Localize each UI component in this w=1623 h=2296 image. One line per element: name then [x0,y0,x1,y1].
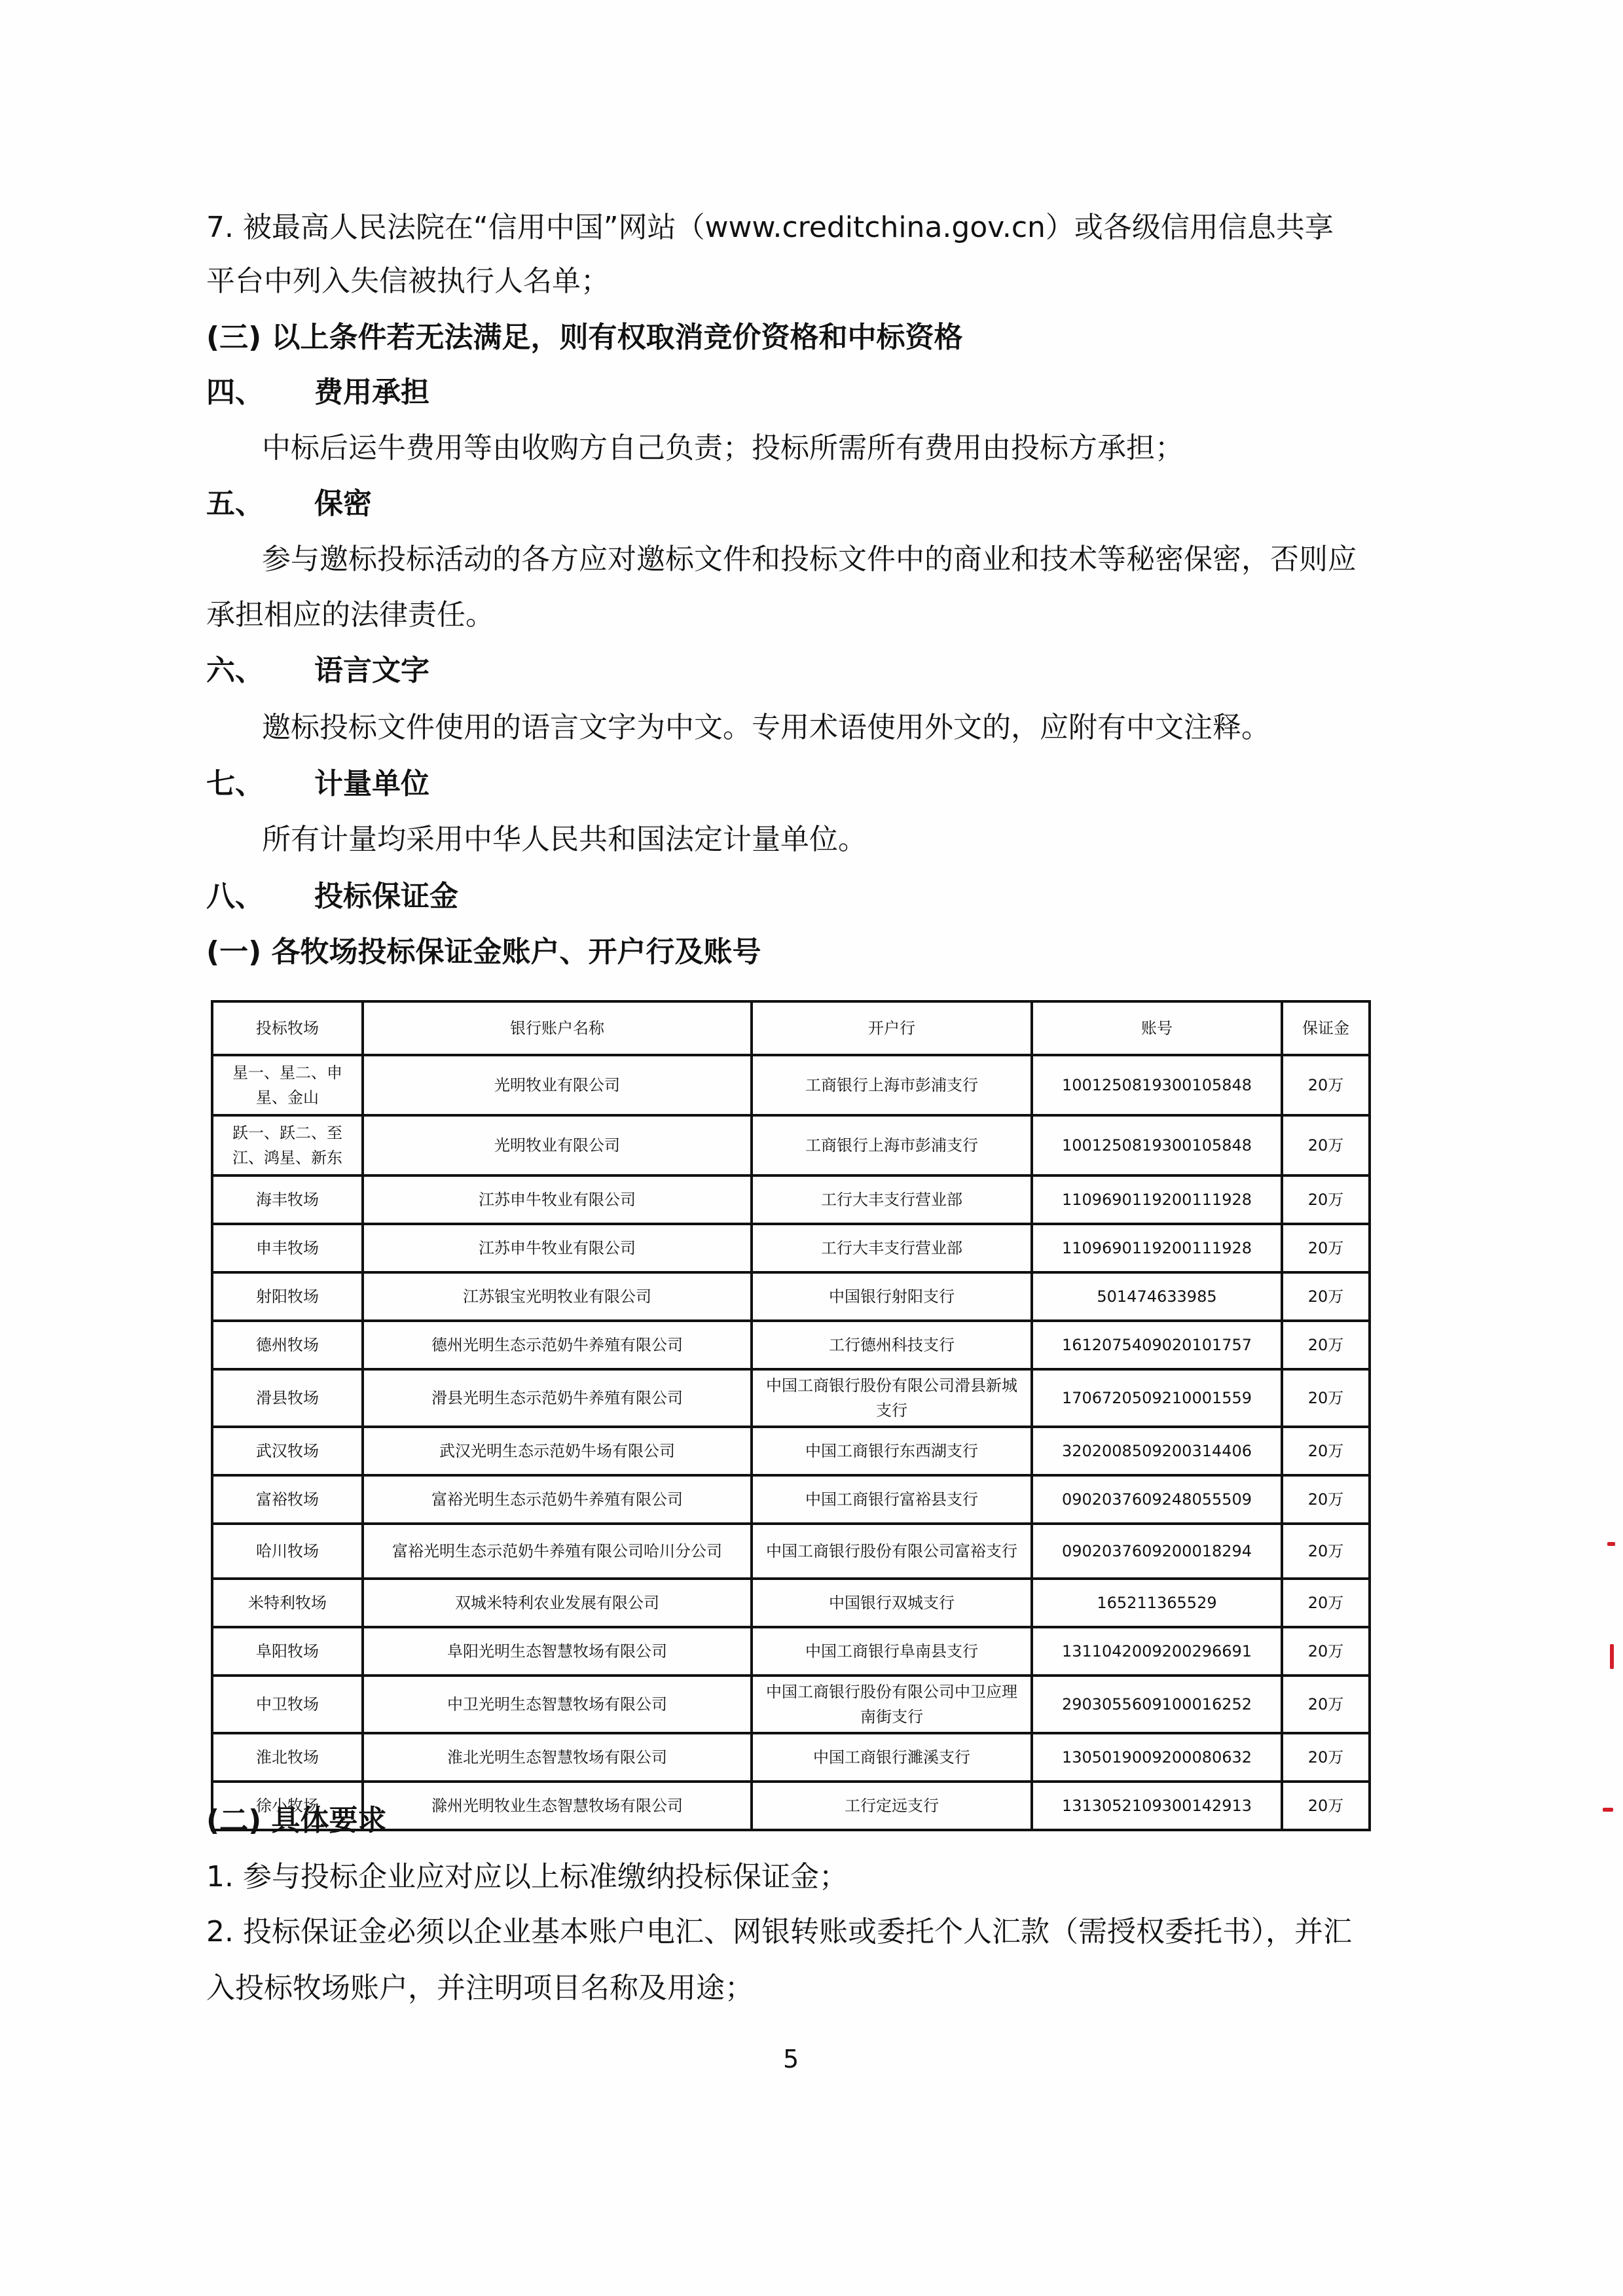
cell-farm: 星一、星二、申星、金山 [212,1055,363,1115]
cell-account-number: 3202008509200314406 [1032,1427,1282,1475]
cell-bank: 中国工商银行股份有限公司滑县新城支行 [752,1369,1032,1427]
requirements-heading: (二) 具体要求 [206,1801,387,1840]
cell-farm: 申丰牧场 [212,1224,363,1272]
section-title: 费用承担 [314,376,429,409]
section-5-body-line2: 承担相应的法律责任。 [206,596,494,635]
cell-account-name: 滁州光明牧业生态智慧牧场有限公司 [363,1782,752,1830]
cell-bank: 中国工商银行股份有限公司中卫应理南街支行 [752,1676,1032,1733]
cell-account-number: 1109690119200111928 [1032,1175,1282,1224]
section-5-body-line1: 参与邀标投标活动的各方应对邀标文件和投标文件中的商业和技术等秘密保密，否则应 [262,540,1357,579]
cell-account-number: 0902037609248055509 [1032,1475,1282,1524]
cell-account-number: 1305019009200080632 [1032,1733,1282,1782]
section-title: 保密 [314,487,372,520]
deposit-subheading: (一) 各牧场投标保证金账户、开户行及账号 [206,933,761,972]
cell-account-name: 富裕光明生态示范奶牛养殖有限公司哈川分公司 [363,1524,752,1579]
cell-farm: 富裕牧场 [212,1475,363,1524]
requirement-2-line1: 2. 投标保证金必须以企业基本账户电汇、网银转账或委托个人汇款（需授权委托书），… [206,1912,1352,1952]
section-heading-4: 四、费用承担 [206,373,429,412]
cell-deposit: 20万 [1282,1524,1370,1579]
cell-farm: 中卫牧场 [212,1676,363,1733]
cell-account-name: 双城米特利农业发展有限公司 [363,1579,752,1627]
cell-account-name: 光明牧业有限公司 [363,1115,752,1175]
cell-deposit: 20万 [1282,1627,1370,1676]
cell-deposit: 20万 [1282,1579,1370,1627]
section-heading-6: 六、语言文字 [206,651,429,691]
cell-account-number: 1311042009200296691 [1032,1627,1282,1676]
section-title: 语言文字 [314,654,429,687]
table-row: 哈川牧场富裕光明生态示范奶牛养殖有限公司哈川分公司中国工商银行股份有限公司富裕支… [212,1524,1370,1579]
cell-bank: 中国银行射阳支行 [752,1272,1032,1321]
seal-fragment-mark [1610,1644,1614,1669]
paragraph-item7-line2: 平台中列入失信被执行人名单； [206,262,610,301]
table-row: 德州牧场德州光明生态示范奶牛养殖有限公司工行德州科技支行161207540902… [212,1321,1370,1369]
header-bank: 开户行 [752,1001,1032,1055]
cell-deposit: 20万 [1282,1175,1370,1224]
deposit-accounts-table: 投标牧场 银行账户名称 开户行 账号 保证金 星一、星二、申星、金山光明牧业有限… [211,1000,1371,1831]
cell-bank: 中国银行双城支行 [752,1579,1032,1627]
cell-bank: 工行德州科技支行 [752,1321,1032,1369]
cell-account-number: 1313052109300142913 [1032,1782,1282,1830]
section-7-body: 所有计量均采用中华人民共和国法定计量单位。 [262,820,867,859]
cell-bank: 中国工商银行濉溪支行 [752,1733,1032,1782]
section-number: 四、 [206,373,314,412]
cell-deposit: 20万 [1282,1475,1370,1524]
document-page: 7. 被最高人民法院在“信用中国”网站（www.creditchina.gov.… [0,0,1623,2296]
cell-farm: 武汉牧场 [212,1427,363,1475]
cell-deposit: 20万 [1282,1055,1370,1115]
table-row: 富裕牧场富裕光明生态示范奶牛养殖有限公司中国工商银行富裕县支行090203760… [212,1475,1370,1524]
table-row: 跃一、跃二、至江、鸿星、新东光明牧业有限公司工商银行上海市彭浦支行1001250… [212,1115,1370,1175]
cell-account-name: 江苏银宝光明牧业有限公司 [363,1272,752,1321]
section-4-body: 中标后运牛费用等由收购方自己负责；投标所需所有费用由投标方承担； [262,429,1184,468]
cell-deposit: 20万 [1282,1782,1370,1830]
cell-account-number: 2903055609100016252 [1032,1676,1282,1733]
cell-bank: 中国工商银行阜南县支行 [752,1627,1032,1676]
table-row: 射阳牧场江苏银宝光明牧业有限公司中国银行射阳支行50147463398520万 [212,1272,1370,1321]
cell-account-number: 501474633985 [1032,1272,1282,1321]
table-row: 淮北牧场淮北光明生态智慧牧场有限公司中国工商银行濉溪支行130501900920… [212,1733,1370,1782]
cell-farm: 阜阳牧场 [212,1627,363,1676]
cell-deposit: 20万 [1282,1369,1370,1427]
seal-fragment-mark [1607,1542,1615,1546]
cell-farm: 海丰牧场 [212,1175,363,1224]
cell-deposit: 20万 [1282,1676,1370,1733]
cell-bank: 中国工商银行股份有限公司富裕支行 [752,1524,1032,1579]
table-header-row: 投标牧场 银行账户名称 开户行 账号 保证金 [212,1001,1370,1055]
subheading-condition-3: (三) 以上条件若无法满足，则有权取消竞价资格和中标资格 [206,318,963,357]
table-row: 阜阳牧场阜阳光明生态智慧牧场有限公司中国工商银行阜南县支行13110420092… [212,1627,1370,1676]
cell-bank: 工商银行上海市彭浦支行 [752,1055,1032,1115]
section-number: 五、 [206,484,314,524]
cell-deposit: 20万 [1282,1733,1370,1782]
cell-account-name: 滑县光明生态示范奶牛养殖有限公司 [363,1369,752,1427]
header-deposit: 保证金 [1282,1001,1370,1055]
table-row: 海丰牧场江苏申牛牧业有限公司工行大丰支行营业部11096901192001119… [212,1175,1370,1224]
cell-bank: 中国工商银行富裕县支行 [752,1475,1032,1524]
section-number: 七、 [206,764,314,804]
cell-farm: 滑县牧场 [212,1369,363,1427]
cell-account-name: 江苏申牛牧业有限公司 [363,1175,752,1224]
section-heading-5: 五、保密 [206,484,372,524]
cell-farm: 淮北牧场 [212,1733,363,1782]
cell-deposit: 20万 [1282,1115,1370,1175]
cell-bank: 中国工商银行东西湖支行 [752,1427,1032,1475]
cell-account-name: 光明牧业有限公司 [363,1055,752,1115]
table-row: 武汉牧场武汉光明生态示范奶牛场有限公司中国工商银行东西湖支行3202008509… [212,1427,1370,1475]
section-number: 六、 [206,651,314,691]
cell-account-name: 淮北光明生态智慧牧场有限公司 [363,1733,752,1782]
cell-farm: 哈川牧场 [212,1524,363,1579]
cell-farm: 跃一、跃二、至江、鸿星、新东 [212,1115,363,1175]
cell-farm: 德州牧场 [212,1321,363,1369]
cell-account-name: 富裕光明生态示范奶牛养殖有限公司 [363,1475,752,1524]
cell-account-number: 1706720509210001559 [1032,1369,1282,1427]
section-heading-7: 七、计量单位 [206,764,429,804]
cell-account-number: 1109690119200111928 [1032,1224,1282,1272]
section-6-body: 邀标投标文件使用的语言文字为中文。专用术语使用外文的，应附有中文注释。 [262,708,1270,747]
requirement-2-line2: 入投标牧场账户，并注明项目名称及用途； [206,1969,754,2008]
cell-deposit: 20万 [1282,1427,1370,1475]
cell-account-name: 德州光明生态示范奶牛养殖有限公司 [363,1321,752,1369]
table-row: 申丰牧场江苏申牛牧业有限公司工行大丰支行营业部11096901192001119… [212,1224,1370,1272]
paragraph-item7-line1: 7. 被最高人民法院在“信用中国”网站（www.creditchina.gov.… [206,208,1334,247]
header-farm: 投标牧场 [212,1001,363,1055]
cell-bank: 工行定远支行 [752,1782,1032,1830]
cell-bank: 工行大丰支行营业部 [752,1175,1032,1224]
page-number: 5 [783,2045,799,2073]
cell-bank: 工商银行上海市彭浦支行 [752,1115,1032,1175]
cell-farm: 米特利牧场 [212,1579,363,1627]
section-title: 投标保证金 [314,880,458,913]
cell-account-number: 1001250819300105848 [1032,1055,1282,1115]
requirement-1: 1. 参与投标企业应对应以上标准缴纳投标保证金； [206,1857,848,1897]
cell-deposit: 20万 [1282,1272,1370,1321]
cell-account-number: 1612075409020101757 [1032,1321,1282,1369]
cell-account-name: 阜阳光明生态智慧牧场有限公司 [363,1627,752,1676]
cell-account-number: 165211365529 [1032,1579,1282,1627]
cell-account-name: 中卫光明生态智慧牧场有限公司 [363,1676,752,1733]
cell-account-name: 武汉光明生态示范奶牛场有限公司 [363,1427,752,1475]
cell-farm: 射阳牧场 [212,1272,363,1321]
table-row: 米特利牧场双城米特利农业发展有限公司中国银行双城支行16521136552920… [212,1579,1370,1627]
table-row: 滑县牧场滑县光明生态示范奶牛养殖有限公司中国工商银行股份有限公司滑县新城支行17… [212,1369,1370,1427]
header-account-number: 账号 [1032,1001,1282,1055]
seal-fragment-mark [1603,1808,1613,1812]
section-title: 计量单位 [314,767,429,800]
section-heading-8: 八、投标保证金 [206,877,458,916]
cell-deposit: 20万 [1282,1321,1370,1369]
cell-account-number: 0902037609200018294 [1032,1524,1282,1579]
header-account-name: 银行账户名称 [363,1001,752,1055]
cell-account-number: 1001250819300105848 [1032,1115,1282,1175]
cell-account-name: 江苏申牛牧业有限公司 [363,1224,752,1272]
table-row: 星一、星二、申星、金山光明牧业有限公司工商银行上海市彭浦支行1001250819… [212,1055,1370,1115]
section-number: 八、 [206,877,314,916]
table-row: 中卫牧场中卫光明生态智慧牧场有限公司中国工商银行股份有限公司中卫应理南街支行29… [212,1676,1370,1733]
cell-bank: 工行大丰支行营业部 [752,1224,1032,1272]
cell-deposit: 20万 [1282,1224,1370,1272]
